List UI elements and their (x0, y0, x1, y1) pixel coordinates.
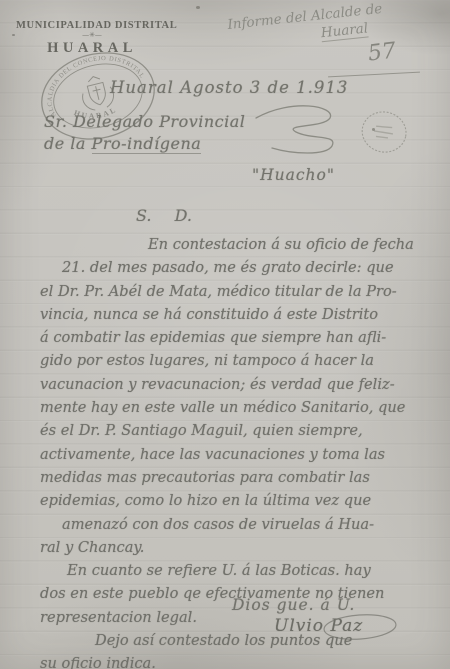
body-line: 21. del mes pasado, me és grato decirle:… (40, 256, 432, 279)
body-line: mente hay en este valle un médico Sanita… (40, 396, 432, 419)
archive-round-stamp (356, 106, 412, 160)
body-line: és el Dr. P. Santiago Maguil, quien siem… (40, 419, 432, 442)
annotation-underline (328, 72, 420, 78)
body-line: epidemias, como lo hizo en la última vez… (40, 489, 432, 512)
body-line: activamente, hace las vacunaciones y tom… (40, 443, 432, 466)
body-line: En cuanto se refiere U. á las Boticas. h… (40, 559, 432, 582)
pencil-annotation: Informe del Alcalde de Huaral (227, 0, 440, 52)
paper-speck (196, 6, 200, 9)
body-line: vincia, nunca se há constituido á este D… (40, 303, 432, 326)
annotation-number: 57 (367, 38, 398, 66)
body-line: vacunacion y revacunacion; és verdad que… (40, 373, 432, 396)
letter-page: MUNICIPALIDAD DISTRITAL —✳— HUARAL ALCAL… (0, 0, 450, 669)
body-line: ral y Chancay. (40, 536, 432, 559)
body-line: gido por estos lugares, ni tampoco á hac… (40, 349, 432, 372)
place-reference: "Huacho" (252, 166, 335, 184)
paper-speck (372, 128, 375, 131)
body-line: amenazó con dos casos de viruelas á Hua- (40, 513, 432, 536)
annotation-line2: Huaral (320, 20, 369, 42)
body-line: el Dr. Pr. Abél de Mata, médico titular … (40, 280, 432, 303)
body-line: su oficio indica. (40, 652, 432, 669)
paper-speck (12, 34, 15, 36)
recipient-line2: de la Pro-indígena (44, 134, 201, 153)
signature-flourish-icon (316, 610, 398, 644)
dateline: Huaral Agosto 3 de 1.913 (110, 78, 348, 97)
salutation: S. D. (136, 206, 192, 225)
letterhead-line1: MUNICIPALIDAD DISTRITAL (16, 20, 168, 31)
body-line: á combatir las epidemias que siempre han… (40, 326, 432, 349)
rubric-flourish-icon (252, 104, 344, 162)
recipient-line2-underlined: Pro-indígena (92, 134, 202, 154)
archive-stamp-icon (356, 106, 412, 160)
body-line: medidas mas precautorias para combatir l… (40, 466, 432, 489)
recipient-line2-prefix: de la (44, 134, 92, 153)
recipient-line1: Sr. Delegado Provincial (44, 112, 245, 131)
body-line: En contestacion á su oficio de fecha (40, 233, 432, 256)
